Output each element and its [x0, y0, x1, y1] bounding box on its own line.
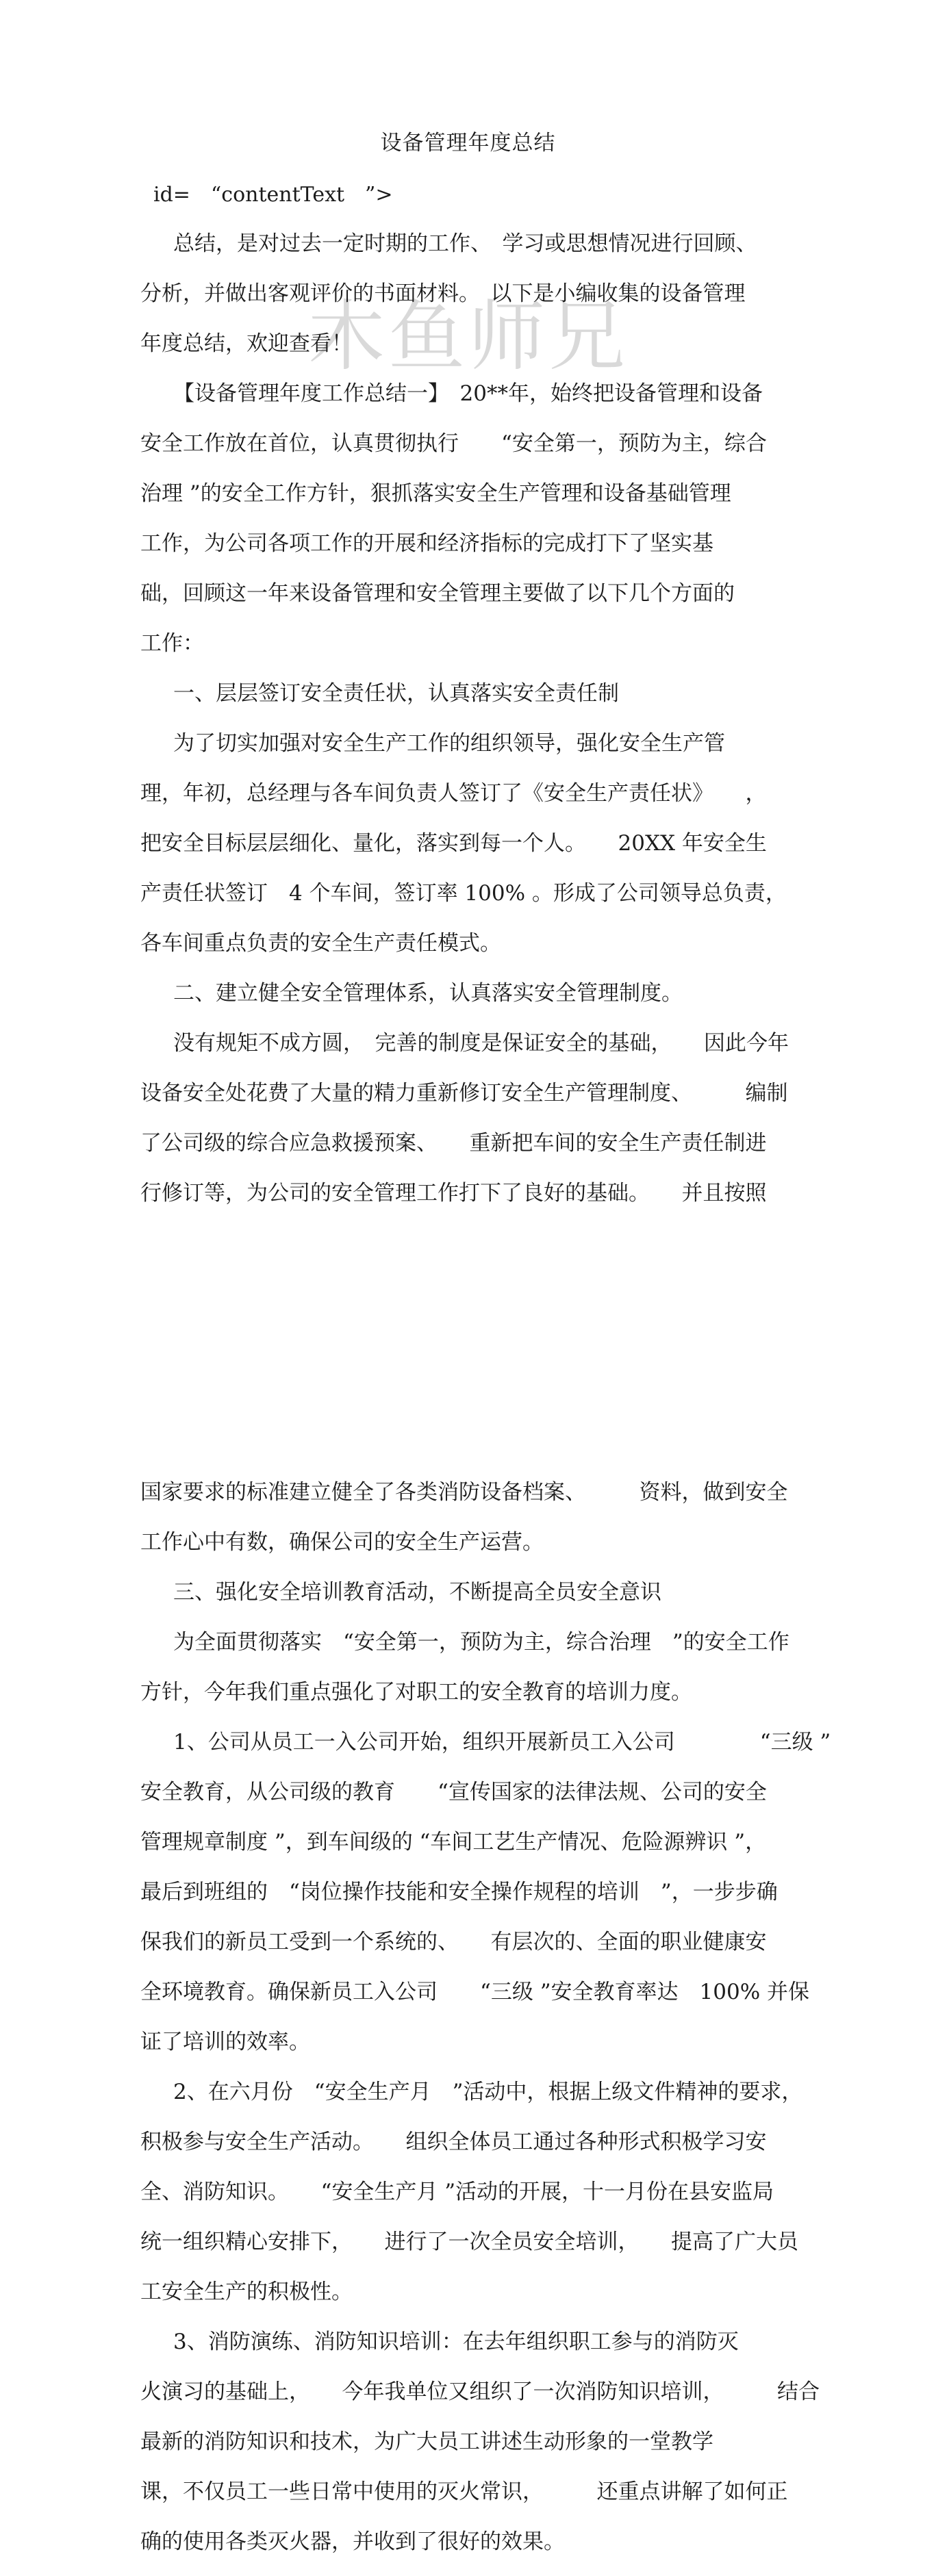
text-line: 工作，为公司各项工作的开展和经济指标的完成打下了坚实基 [140, 519, 825, 569]
text-line: 国家要求的标准建立健全了各类消防设备档案、 资料，做到安全 [140, 1468, 825, 1518]
text-line: 工作心中有数，确保公司的安全生产运营。 [140, 1518, 825, 1568]
text-line: 2、在六月份 “安全生产月 ”活动中，根据上级文件精神的要求， [140, 2067, 825, 2117]
text-line: 设备安全处花费了大量的精力重新修订安全生产管理制度、 编制 [140, 1069, 825, 1119]
text-line: 全环境教育。确保新员工入公司 “三级 ”安全教育率达 100% 并保 [140, 1967, 825, 2017]
text-line: 安全教育，从公司级的教育 “宣传国家的法律法规、公司的安全 [140, 1768, 825, 1818]
text-line: 一、层层签订安全责任状，认真落实安全责任制 [140, 669, 825, 719]
text-line: 各车间重点负责的安全生产责任模式。 [140, 919, 825, 969]
text-line: 总结，是对过去一定时期的工作、 学习或思想情况进行回顾、 [140, 219, 825, 269]
text-line: 理，年初，总经理与各车间负责人签订了《安全生产责任状》 ， [140, 769, 825, 819]
body-paragraphs-upper: 总结，是对过去一定时期的工作、 学习或思想情况进行回顾、分析，并做出客观评价的书… [140, 219, 825, 1219]
text-line: 积极参与安全生产活动。 组织全体员工通过各种形式积极学习安 [140, 2117, 825, 2167]
body-paragraphs-lower: 国家要求的标准建立健全了各类消防设备档案、 资料，做到安全工作心中有数，确保公司… [140, 1468, 825, 2567]
text-line: 工作： [140, 619, 825, 669]
text-line: 火演习的基础上， 今年我单位又组织了一次消防知识培训， 结合 [140, 2367, 825, 2417]
text-line: 二、建立健全安全管理体系，认真落实安全管理制度。 [140, 969, 825, 1019]
text-line: 三、强化安全培训教育活动，不断提高全员安全意识 [140, 1568, 825, 1618]
text-line: 治理 ”的安全工作方针，狠抓落实安全生产管理和设备基础管理 [140, 469, 825, 519]
text-line: 最新的消防知识和技术，为广大员工讲述生动形象的一堂教学 [140, 2417, 825, 2467]
document-page: 木鱼师兄 设备管理年度总结 id= “contentText ”> 总结，是对过… [0, 0, 936, 2576]
text-line: 【设备管理年度工作总结一】 20**年，始终把设备管理和设备 [140, 369, 825, 419]
content-id-fragment: id= “contentText ”> [153, 179, 393, 211]
document-title: 设备管理年度总结 [0, 129, 936, 157]
text-line: 全、消防知识。 “安全生产月 ”活动的开展，十一月份在县安监局 [140, 2167, 825, 2217]
text-line: 础，回顾这一年来设备管理和安全管理主要做了以下几个方面的 [140, 569, 825, 619]
text-line: 管理规章制度 ”，到车间级的 “车间工艺生产情况、危险源辨识 ”， [140, 1818, 825, 1867]
text-line: 为全面贯彻落实 “安全第一，预防为主，综合治理 ”的安全工作 [140, 1618, 825, 1668]
text-line: 安全工作放在首位，认真贯彻执行 “安全第一，预防为主，综合 [140, 419, 825, 469]
text-line: 保我们的新员工受到一个系统的、 有层次的、全面的职业健康安 [140, 1917, 825, 1967]
text-line: 产责任状签订 4 个车间，签订率 100% 。形成了公司领导总负责， [140, 869, 825, 919]
text-line: 年度总结，欢迎查看！ [140, 319, 825, 369]
text-line: 把安全目标层层细化、量化，落实到每一个人。 20XX 年安全生 [140, 819, 825, 869]
text-line: 为了切实加强对安全生产工作的组织领导，强化安全生产管 [140, 719, 825, 769]
text-line: 统一组织精心安排下， 进行了一次全员安全培训， 提高了广大员 [140, 2217, 825, 2267]
text-line: 确的使用各类灭火器，并收到了很好的效果。 [140, 2517, 825, 2567]
text-line: 方针，今年我们重点强化了对职工的安全教育的培训力度。 [140, 1668, 825, 1718]
text-line: 工安全生产的积极性。 [140, 2267, 825, 2317]
text-line: 3、消防演练、消防知识培训：在去年组织职工参与的消防灭 [140, 2317, 825, 2367]
text-line: 课，不仅员工一些日常中使用的灭火常识， 还重点讲解了如何正 [140, 2467, 825, 2517]
text-line: 最后到班组的 “岗位操作技能和安全操作规程的培训 ”，一步步确 [140, 1867, 825, 1917]
text-line: 1、公司从员工一入公司开始，组织开展新员工入公司 “三级 ” [140, 1718, 825, 1768]
text-line: 行修订等，为公司的安全管理工作打下了良好的基础。 并且按照 [140, 1169, 825, 1219]
text-line: 了公司级的综合应急救援预案、 重新把车间的安全生产责任制进 [140, 1119, 825, 1169]
text-line: 证了培训的效率。 [140, 2017, 825, 2067]
text-line: 分析，并做出客观评价的书面材料。 以下是小编收集的设备管理 [140, 269, 825, 319]
text-line: 没有规矩不成方圆， 完善的制度是保证安全的基础， 因此今年 [140, 1019, 825, 1069]
